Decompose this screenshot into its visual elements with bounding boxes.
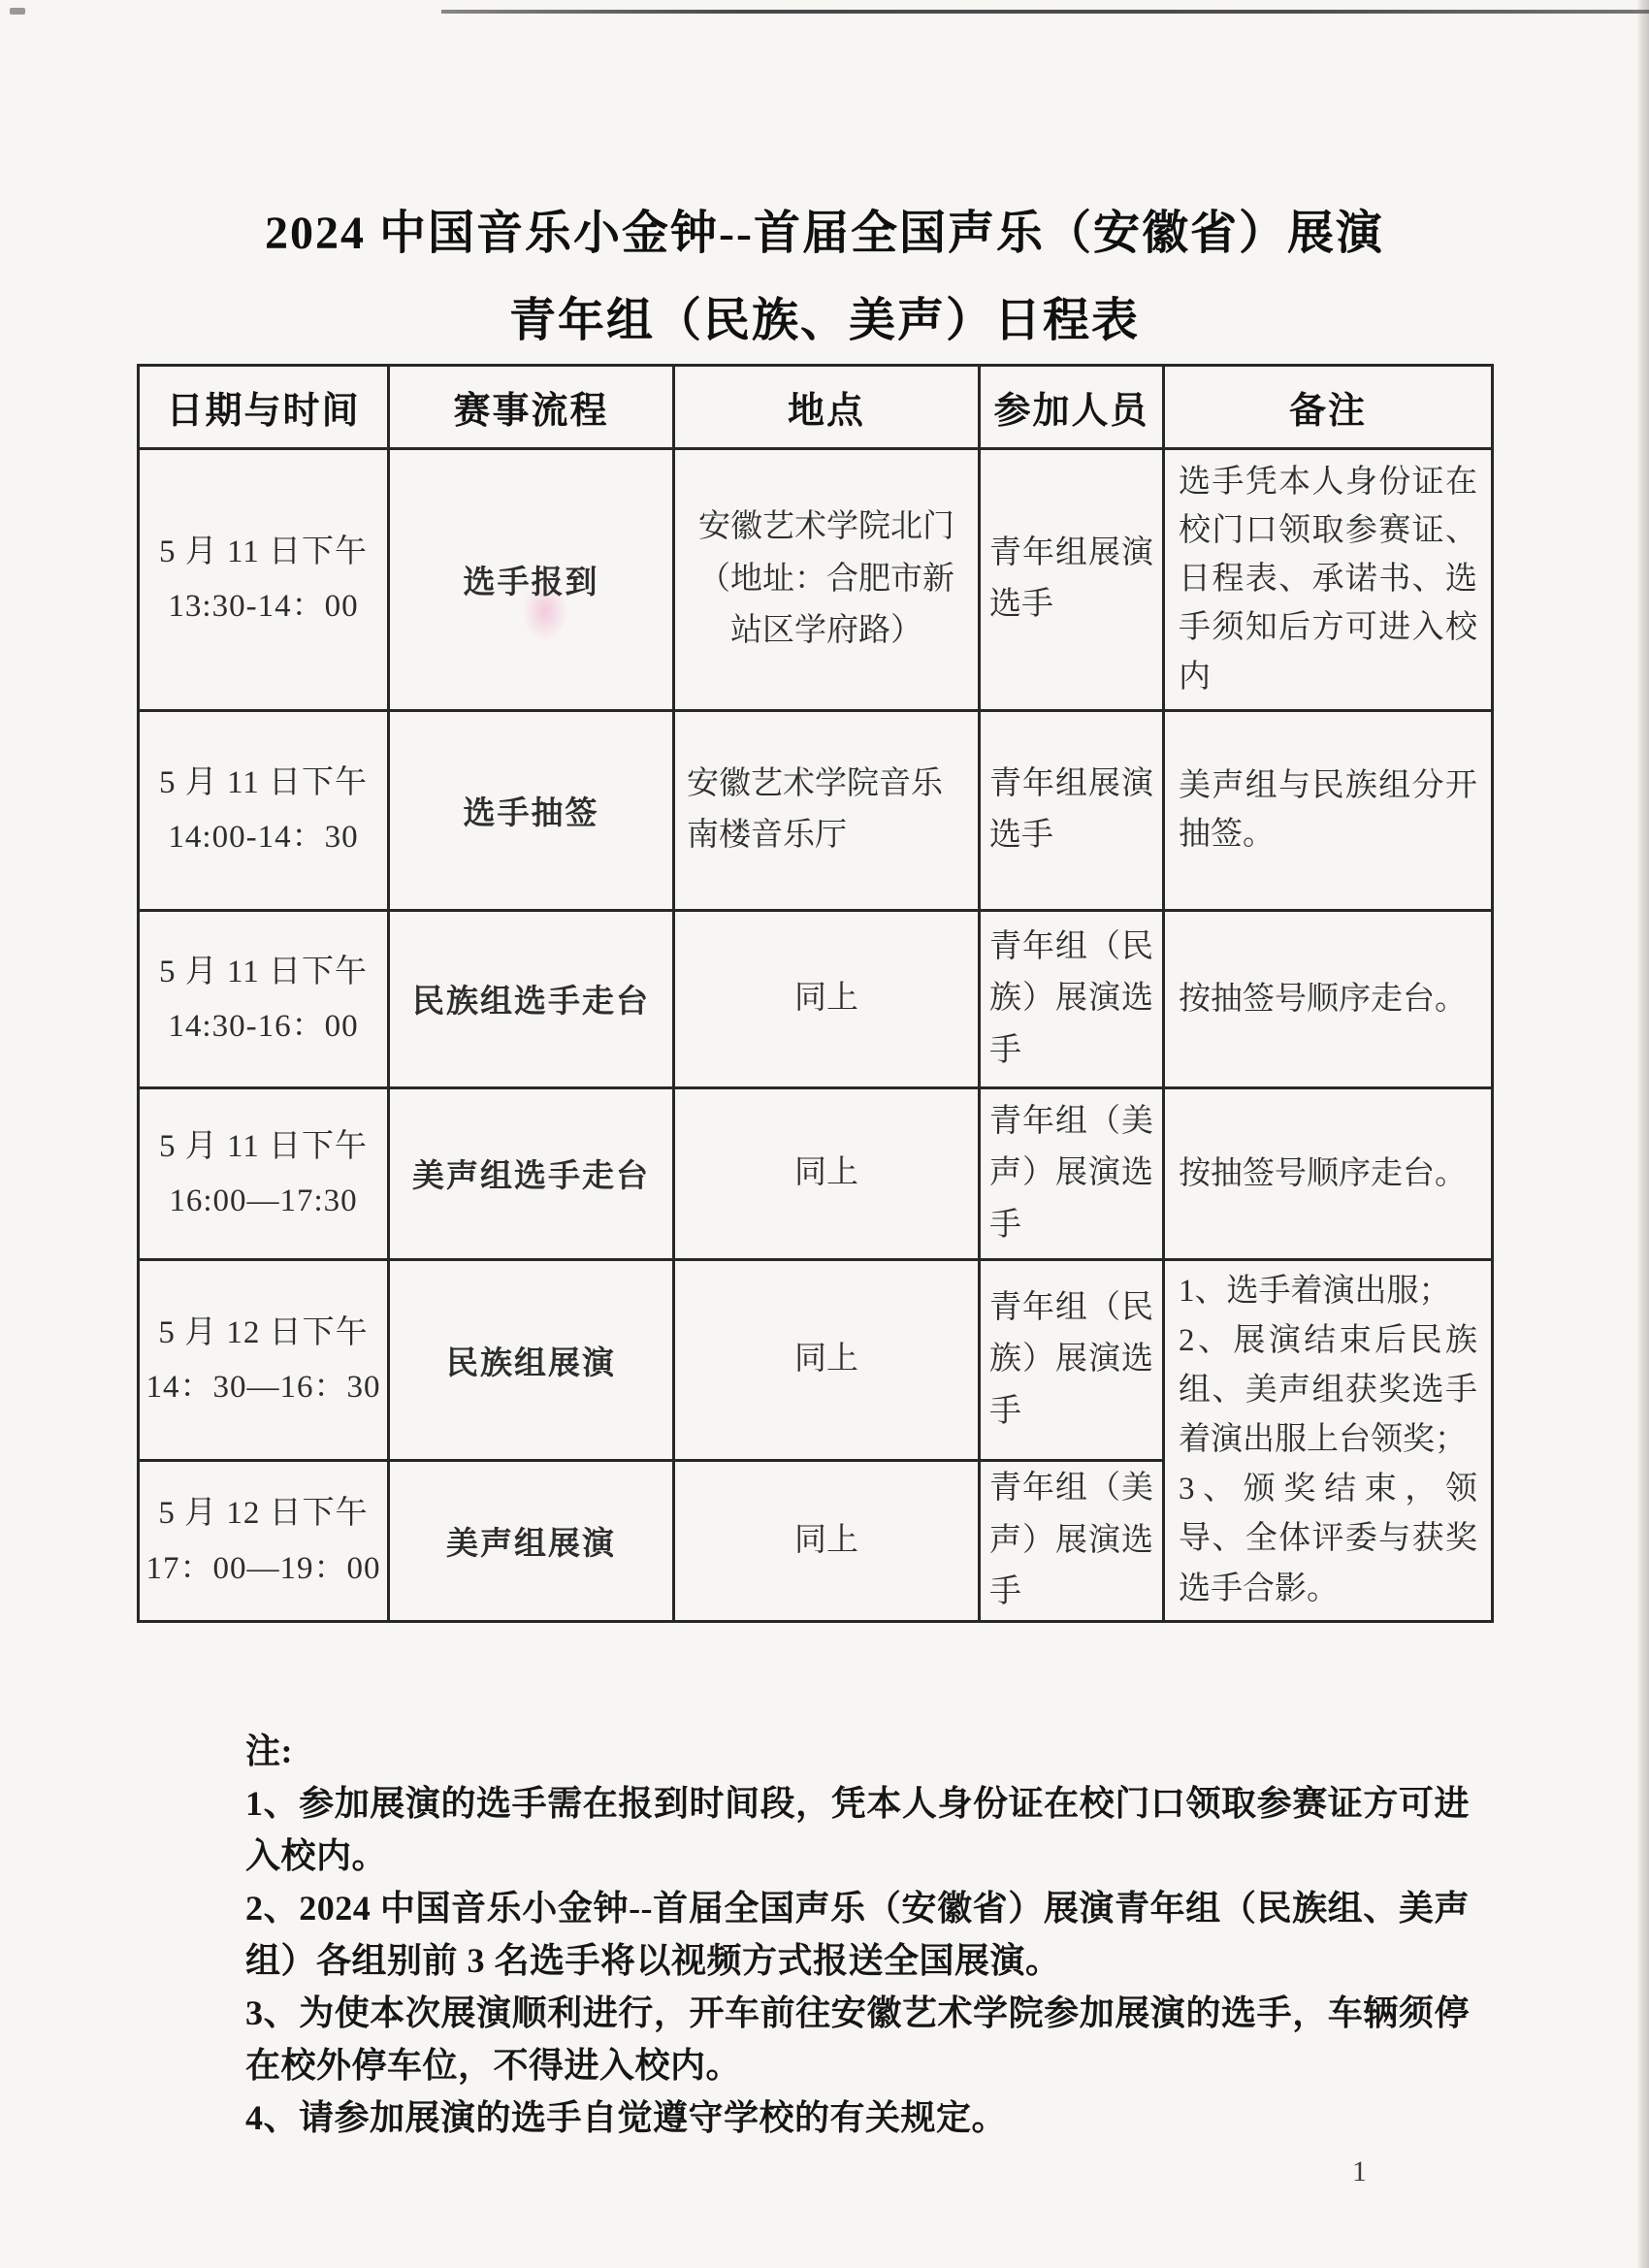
participants-cell: 青年组（民族）展演选手	[980, 1259, 1164, 1461]
document-title-line2: 青年组（民族、美声）日程表	[0, 277, 1649, 365]
process-cell: 民族组展演	[389, 1259, 674, 1461]
location-cell: 同上	[674, 1259, 980, 1461]
col-header-event-process: 赛事流程	[389, 366, 674, 449]
table-row: 5 月 11 日下午 14:30-16：00 民族组选手走台 同上 青年组（民族…	[139, 910, 1493, 1087]
remarks-cell: 按抽签号顺序走台。	[1164, 910, 1493, 1087]
document-title-line1: 2024 中国音乐小金钟--首届全国声乐（安徽省）展演	[0, 190, 1649, 277]
participants-cell: 青年组（美声）展演选手	[980, 1461, 1164, 1621]
location-cell: 安徽艺术学院音乐南楼音乐厅	[674, 710, 980, 910]
col-header-location: 地点	[674, 366, 980, 449]
participants-cell: 青年组（美声）展演选手	[980, 1087, 1164, 1259]
scan-artifact-top-line	[441, 10, 1649, 14]
notes-label: 注:	[245, 1725, 1470, 1777]
note-item: 1、参加展演的选手需在报到时间段，凭本人身份证在校门口领取参赛证方可进入校内。	[245, 1777, 1470, 1882]
note-item: 2、2024 中国音乐小金钟--首届全国声乐（安徽省）展演青年组（民族组、美声组…	[245, 1882, 1470, 1987]
date-cell: 5 月 11 日下午 16:00—17:30	[139, 1087, 389, 1259]
date-cell: 5 月 11 日下午 14:30-16：00	[139, 910, 389, 1087]
date-cell: 5 月 11 日下午 14:00-14：30	[139, 710, 389, 910]
table-row: 5 月 11 日下午 13:30-14：00 选手报到 安徽艺术学院北门（地址：…	[139, 449, 1493, 711]
process-cell: 选手报到	[389, 449, 674, 711]
document-page: 2024 中国音乐小金钟--首届全国声乐（安徽省）展演 青年组（民族、美声）日程…	[0, 0, 1649, 2268]
process-cell: 民族组选手走台	[389, 910, 674, 1087]
date-cell: 5 月 12 日下午 14：30—16：30	[139, 1259, 389, 1461]
table-row: 5 月 11 日下午 16:00—17:30 美声组选手走台 同上 青年组（美声…	[139, 1087, 1493, 1259]
date-cell: 5 月 12 日下午 17：00—19：00	[139, 1461, 389, 1621]
remarks-cell: 美声组与民族组分开抽签。	[1164, 710, 1493, 910]
note-item: 4、请参加展演的选手自觉遵守学校的有关规定。	[245, 2091, 1470, 2144]
process-cell: 美声组展演	[389, 1461, 674, 1621]
participants-cell: 青年组展演选手	[980, 710, 1164, 910]
note-item: 3、为使本次展演顺利进行，开车前往安徽艺术学院参加展演的选手，车辆须停在校外停车…	[245, 1987, 1470, 2091]
participants-cell: 青年组（民族）展演选手	[980, 910, 1164, 1087]
location-cell: 同上	[674, 1461, 980, 1621]
table-header-row: 日期与时间 赛事流程 地点 参加人员 备注	[139, 366, 1493, 449]
schedule-table: 日期与时间 赛事流程 地点 参加人员 备注 5 月 11 日下午 13:30-1…	[137, 364, 1494, 1623]
participants-cell: 青年组展演选手	[980, 449, 1164, 711]
document-title: 2024 中国音乐小金钟--首届全国声乐（安徽省）展演 青年组（民族、美声）日程…	[0, 190, 1649, 365]
remarks-cell-merged: 1、选手着演出服； 2、展演结束后民族组、美声组获奖选手着演出服上台领奖； 3、…	[1164, 1259, 1493, 1621]
table-row: 5 月 11 日下午 14:00-14：30 选手抽签 安徽艺术学院音乐南楼音乐…	[139, 710, 1493, 910]
date-cell: 5 月 11 日下午 13:30-14：00	[139, 449, 389, 711]
col-header-participants: 参加人员	[980, 366, 1164, 449]
process-cell: 美声组选手走台	[389, 1087, 674, 1259]
page-number: 1	[1352, 2155, 1367, 2188]
process-cell: 选手抽签	[389, 710, 674, 910]
remarks-cell: 选手凭本人身份证在校门口领取参赛证、日程表、承诺书、选手须知后方可进入校内	[1164, 449, 1493, 711]
notes-section: 注: 1、参加展演的选手需在报到时间段，凭本人身份证在校门口领取参赛证方可进入校…	[245, 1725, 1470, 2144]
remarks-cell: 按抽签号顺序走台。	[1164, 1087, 1493, 1259]
table-row: 5 月 12 日下午 14：30—16：30 民族组展演 同上 青年组（民族）展…	[139, 1259, 1493, 1461]
scan-artifact-corner-mark	[10, 8, 25, 15]
location-cell: 同上	[674, 1087, 980, 1259]
col-header-remarks: 备注	[1164, 366, 1493, 449]
location-cell: 同上	[674, 910, 980, 1087]
col-header-date-time: 日期与时间	[139, 366, 389, 449]
location-cell: 安徽艺术学院北门（地址：合肥市新站区学府路）	[674, 449, 980, 711]
